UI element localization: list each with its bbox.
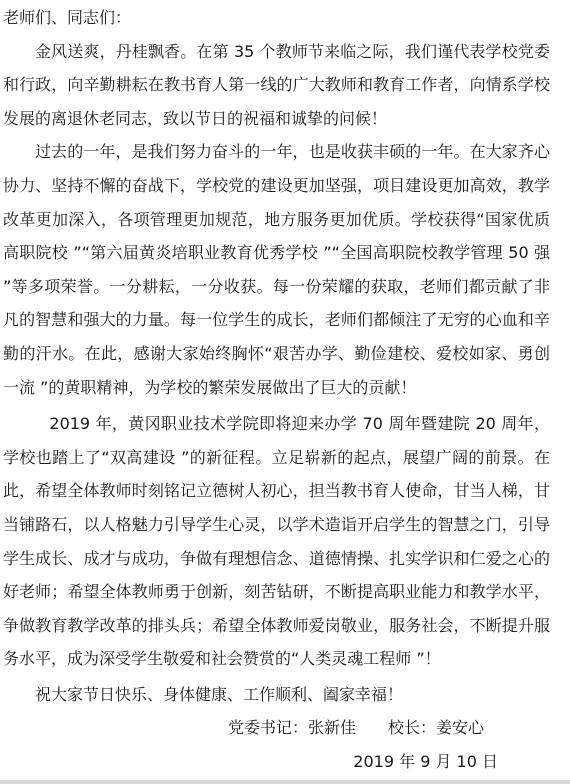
document-page: 老师们、同志们： 金风送爽，丹桂飘香。在第 35 个教师节来临之际，我们谨代表学…: [0, 0, 570, 780]
paragraph-greeting: 金风送爽，丹桂飘香。在第 35 个教师节来临之际，我们谨代表学校党委和行政，向辛…: [3, 35, 550, 136]
paragraph-year-review: 过去的一年，是我们努力奋斗的一年，也是收获丰硕的一年。在大家齐心协力、坚持不懈的…: [3, 135, 550, 404]
signature-line: 党委书记：张新佳 校长：姜安心: [3, 711, 550, 745]
paragraph-outlook-hopes: 2019 年，黄冈职业技术学院即将迎来办学 70 周年暨建院 20 周年，学校也…: [3, 407, 550, 676]
closing-wishes-line: 祝大家节日快乐、身体健康、工作顺利、阖家幸福！: [3, 678, 550, 712]
salutation-line: 老师们、同志们：: [3, 1, 550, 35]
page-bottom-edge: [0, 780, 570, 784]
date-line: 2019 年 9 月 10 日: [3, 745, 550, 779]
